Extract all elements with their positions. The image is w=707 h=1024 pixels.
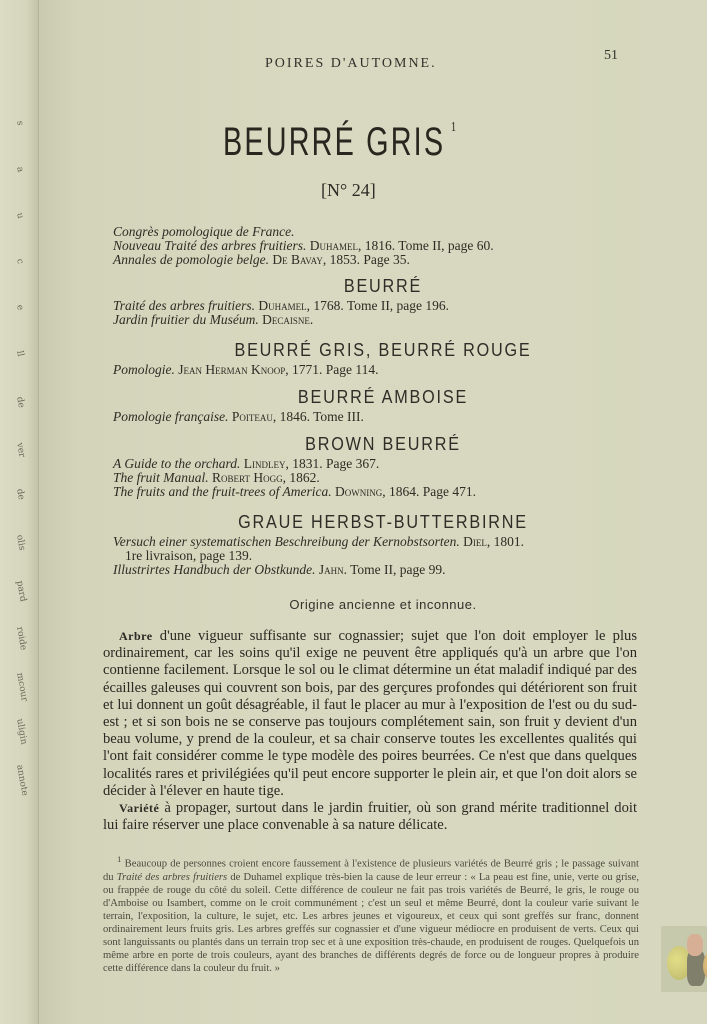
variety-name: BEURRÉ GRIS [223, 120, 445, 164]
citation-details: , 1831. Page 367. [286, 456, 380, 471]
left-page-text-fragment: annote [14, 764, 29, 797]
citation-work: Versuch einer systematischen Beschreibun… [113, 534, 460, 549]
citation: Jardin fruitier du Muséum. Decaisne. [113, 313, 653, 327]
synonym-heading: BEURRÉ AMBOISE [140, 386, 626, 408]
running-head: POIRES D'AUTOMNE. [265, 56, 437, 72]
citation: The fruit Manual. Robert Hogg, 1862. [113, 471, 653, 485]
citation: Congrès pomologique de France. [113, 225, 653, 239]
citation-author: Lindley [244, 456, 286, 471]
citation-work: A Guide to the orchard. [113, 456, 240, 471]
origin-heading: Origine ancienne et inconnue. [113, 597, 653, 612]
left-page-text-fragment: a [14, 166, 25, 173]
citation-author: Robert Hogg [212, 470, 283, 485]
left-page-text-fragment: ll [14, 350, 25, 357]
citation-author: De Bavay [272, 252, 322, 267]
synonym-section: BROWN BEURRÉ A Guide to the orchard. Lin… [113, 431, 653, 499]
variety-title: BEURRÉ GRIS1 [223, 120, 458, 165]
left-page-text-fragment: uligin [14, 718, 28, 745]
citation-work: Nouveau Traité des arbres fruitiers. [113, 238, 306, 253]
citation-work: Pomologie française. [113, 409, 228, 424]
citation-author: Decaisne [262, 312, 310, 327]
left-page-text-fragment: pard [14, 580, 28, 603]
pear-thumbnail-image [661, 926, 707, 992]
citation-work: Illustrirtes Handbuch der Obstkunde. [113, 562, 315, 577]
synonym-section: GRAUE HERBST-BUTTERBIRNE Versuch einer s… [113, 509, 653, 577]
paragraph-variety: Variété à propager, surtout dans le jard… [103, 800, 637, 834]
footnote-mark: 1 [451, 120, 458, 135]
synonym-section: BEURRÉ GRIS, BEURRÉ ROUGE Pomologie. Jea… [113, 337, 653, 377]
citation-work: Jardin fruitier du Muséum. [113, 312, 259, 327]
synonym-section: BEURRÉ AMBOISE Pomologie française. Poit… [113, 384, 653, 424]
left-page-text-fragment: olis [14, 534, 27, 551]
citation-details: , 1853. Page 35. [323, 252, 410, 267]
description-text: Arbre d'une vigueur suffisante sur cogna… [103, 628, 637, 834]
synonym-heading: GRAUE HERBST-BUTTERBIRNE [140, 511, 626, 533]
citation-author: Duhamel [258, 298, 306, 313]
citation-details: , 1771. Page 114. [285, 362, 378, 377]
paragraph-lead: Arbre [119, 629, 153, 643]
citation-details: , 1801. [487, 534, 524, 549]
left-page-text-fragment: de [14, 488, 26, 501]
citation-work: The fruit Manual. [113, 470, 209, 485]
citation-author: Poiteau [232, 409, 273, 424]
paragraph-body: d'une vigueur suffisante sur cognassier;… [103, 628, 637, 799]
footnote: 1 Beaucoup de personnes croient encore f… [103, 853, 639, 975]
citation: The fruits and the fruit-trees of Americ… [113, 485, 653, 499]
citation-details: , 1862. [283, 470, 320, 485]
citation: Traité des arbres fruitiers. Duhamel, 17… [113, 299, 653, 313]
hand-shape [687, 934, 703, 956]
citation: Illustrirtes Handbuch der Obstkunde. Jah… [113, 563, 653, 577]
citation-author: Jahn [319, 562, 344, 577]
left-page-text-fragment: mcour [14, 672, 29, 702]
variety-number: [N° 24] [321, 180, 376, 201]
citations-main: Congrès pomologique de France. Nouveau T… [113, 225, 653, 267]
citation-work: Pomologie. [113, 362, 175, 377]
synonym-section: BEURRÉ Traité des arbres fruitiers. Duha… [113, 273, 653, 327]
citation-work: Traité des arbres fruitiers. [113, 298, 255, 313]
left-page-text-fragment: roide [14, 626, 28, 651]
paragraph-body: à propager, surtout dans le jardin fruit… [103, 800, 637, 833]
left-page-text-fragment: ver [14, 442, 26, 458]
footnote-text: de Duhamel explique très-bien la cause d… [103, 872, 639, 974]
footnote-work: Traité des arbres fruitiers [117, 872, 227, 883]
citation: Versuch einer systematischen Beschreibun… [113, 535, 653, 549]
left-page-text-fragment: u [14, 212, 25, 219]
citation-details: . [310, 312, 313, 327]
left-page-text-fragment: e [14, 304, 25, 311]
citation: A Guide to the orchard. Lindley, 1831. P… [113, 457, 653, 471]
citation: Nouveau Traité des arbres fruitiers. Duh… [113, 239, 653, 253]
citation-details: , 1846. Tome III. [273, 409, 364, 424]
page-number: 51 [604, 48, 618, 64]
citation: Pomologie française. Poiteau, 1846. Tome… [113, 410, 653, 424]
citation-author: Downing [335, 484, 382, 499]
adjacent-left-page: saucelldeverdeolispardroidemcouruliginan… [0, 0, 39, 1024]
synonym-heading: BEURRÉ [140, 275, 626, 297]
citation: Pomologie. Jean Herman Knoop, 1771. Page… [113, 363, 653, 377]
citation: 1re livraison, page 139. [113, 549, 653, 563]
paragraph-lead: Variété [119, 801, 159, 815]
left-page-text-fragment: c [14, 258, 25, 265]
paragraph-tree: Arbre d'une vigueur suffisante sur cogna… [103, 628, 637, 800]
citation-details: , 1864. Page 471. [382, 484, 476, 499]
citation: Annales de pomologie belge. De Bavay, 18… [113, 253, 653, 267]
citation-details: , 1768. Tome II, page 196. [307, 298, 449, 313]
left-page-text-fragment: s [14, 120, 25, 126]
citation-details: , 1816. Tome II, page 60. [358, 238, 494, 253]
citation-author: Diel [463, 534, 487, 549]
book-page: POIRES D'AUTOMNE. 51 BEURRÉ GRIS1 [N° 24… [39, 0, 707, 1024]
citation-work: The fruits and the fruit-trees of Americ… [113, 484, 332, 499]
citation-work: Congrès pomologique de France. [113, 224, 294, 239]
synonym-heading: BEURRÉ GRIS, BEURRÉ ROUGE [140, 339, 626, 361]
left-page-text-fragment: de [14, 396, 26, 409]
synonym-heading: BROWN BEURRÉ [140, 433, 626, 455]
citation-work: Annales de pomologie belge. [113, 252, 269, 267]
citation-details: 1re livraison, page 139. [125, 548, 252, 563]
citation-details: . Tome II, page 99. [344, 562, 446, 577]
citation-author: Duhamel [310, 238, 358, 253]
citation-author: Jean Herman Knoop [178, 362, 285, 377]
